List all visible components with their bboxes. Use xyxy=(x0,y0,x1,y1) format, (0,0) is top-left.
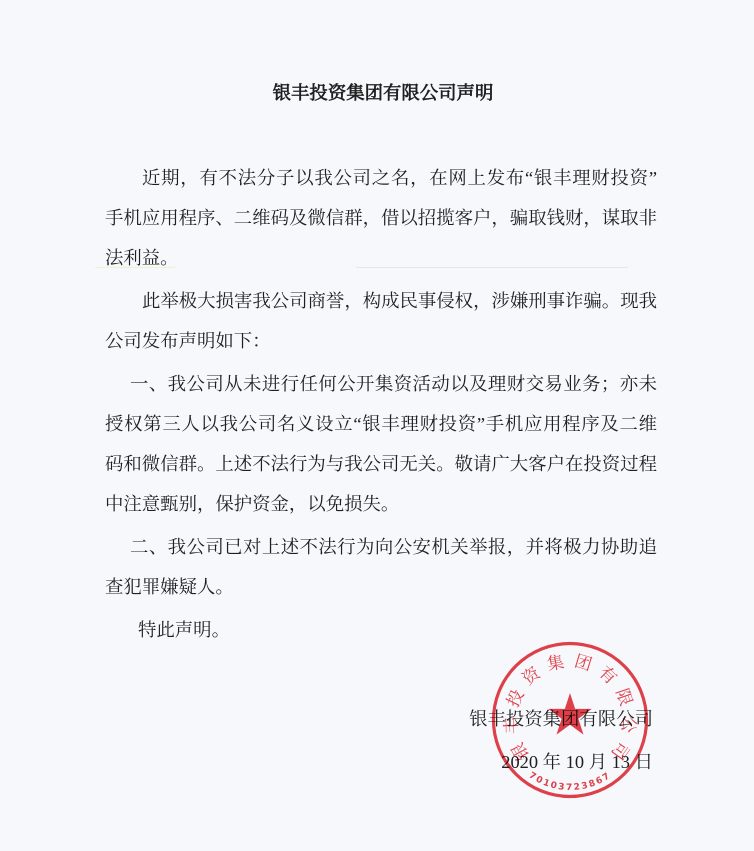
document-title: 银丰投资集团有限公司声明 xyxy=(6,74,754,114)
paragraph-line: 二、我公司已对上述不法行为向公安机关举报，并将极力协助追 xyxy=(105,527,657,567)
paragraph-line: 手机应用程序、二维码及微信群，借以招揽客户，骗取钱财，谋取非 xyxy=(105,198,657,238)
paragraph-item-two: 二、我公司已对上述不法行为向公安机关举报，并将极力协助追 查犯罪嫌疑人。 xyxy=(105,527,657,607)
document-page: 银丰投资集团有限公司声明 近期，有不法分子以我公司之名，在网上发布“银丰理财投资… xyxy=(0,0,754,851)
paragraph-line: 此举极大损害我公司商誉，构成民事侵权，涉嫌刑事诈骗。现我 xyxy=(105,281,657,321)
paragraph-line: 公司发布声明如下： xyxy=(105,321,657,361)
paragraph-line: 查犯罪嫌疑人。 xyxy=(105,567,657,607)
paragraph-line: 授权第三人以我公司名义设立“银丰理财投资”手机应用程序及二维 xyxy=(105,404,657,444)
paragraph-line: 码和微信群。上述不法行为与我公司无关。敬请广大客户在投资过程 xyxy=(105,444,657,484)
paragraph-damage-notice: 此举极大损害我公司商誉，构成民事侵权，涉嫌刑事诈骗。现我 公司发布声明如下： xyxy=(105,281,657,361)
company-seal: 银丰投资集团有限公司 3701037238673 xyxy=(490,640,650,800)
paragraph-fraud-notice: 近期，有不法分子以我公司之名，在网上发布“银丰理财投资” 手机应用程序、二维码及… xyxy=(105,158,657,278)
paragraph-line: 法利益。 xyxy=(105,238,657,278)
paragraph-line: 中注意甄别，保护资金，以免损失。 xyxy=(105,484,657,524)
paragraph-line: 一、我公司从未进行任何公开集资活动以及理财交易业务；亦未 xyxy=(105,364,657,404)
statement-body: 近期，有不法分子以我公司之名，在网上发布“银丰理财投资” 手机应用程序、二维码及… xyxy=(105,158,657,653)
paragraph-line: 近期，有不法分子以我公司之名，在网上发布“银丰理财投资” xyxy=(105,158,657,198)
paragraph-item-one: 一、我公司从未进行任何公开集资活动以及理财交易业务；亦未 授权第三人以我公司名义… xyxy=(105,364,657,524)
star-icon xyxy=(548,693,592,735)
